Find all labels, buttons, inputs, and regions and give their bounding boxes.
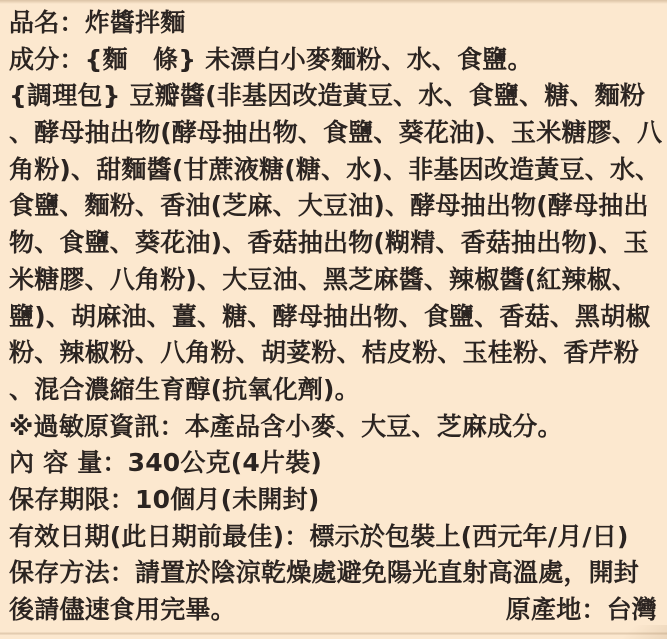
origin-label: 原產地：台灣 <box>506 592 659 629</box>
expiry-date-line: 有效日期(此日期前最佳)：標示於包裝上(西元年/月/日) <box>9 519 659 556</box>
storage-method-continued: 後請儘速食用完畢。 <box>9 592 236 629</box>
product-name-line: 品名：炸醬拌麵 <box>9 5 659 42</box>
ingredients-sauce-line: 物、食鹽、葵花油)、香菇抽出物(糊精、香菇抽出物)、玉 <box>9 225 659 262</box>
ingredients-sauce-line: 鹽)、胡麻油、薑、糖、酵母抽出物、食鹽、香菇、黑胡椒 <box>9 299 659 336</box>
allergen-info-line: ※過敏原資訊：本產品含小麥、大豆、芝麻成分。 <box>9 409 659 446</box>
ingredients-sauce-line: 角粉)、甜麵醬(甘蔗液糖(糖、水)、非基因改造黃豆、水、 <box>9 152 659 189</box>
footer-line: 後請儘速食用完畢。 原產地：台灣 <box>9 592 659 629</box>
product-ingredient-label: 品名：炸醬拌麵 成分：{麵 條} 未漂白小麥麵粉、水、食鹽。 {調理包} 豆瓣醬… <box>0 0 667 639</box>
ingredients-sauce-line: {調理包} 豆瓣醬(非基因改造黃豆、水、食鹽、糖、麵粉 <box>9 78 659 115</box>
storage-method-line: 保存方法：請置於陰涼乾燥處避免陽光直射高溫處，開封 <box>9 555 659 592</box>
ingredients-sauce-line: 、混合濃縮生育醇(抗氧化劑)。 <box>9 372 659 409</box>
ingredients-sauce-line: 食鹽、麵粉、香油(芝麻、大豆油)、酵母抽出物(酵母抽出 <box>9 188 659 225</box>
ingredients-sauce-line: 、酵母抽出物(酵母抽出物、食鹽、葵花油)、玉米糖膠、八 <box>9 115 659 152</box>
shelf-life-line: 保存期限：10個月(未開封) <box>9 482 659 519</box>
photo-top-edge-shadow <box>0 0 667 4</box>
photo-bottom-edge-shadow <box>0 632 667 635</box>
net-content-line: 內 容 量：340公克(4片裝) <box>9 445 659 482</box>
ingredients-sauce-line: 粉、辣椒粉、八角粉、胡荽粉、桔皮粉、玉桂粉、香芹粉 <box>9 335 659 372</box>
ingredients-sauce-line: 米糖膠、八角粉)、大豆油、黑芝麻醬、辣椒醬(紅辣椒、 <box>9 262 659 299</box>
ingredients-noodle-line: 成分：{麵 條} 未漂白小麥麵粉、水、食鹽。 <box>9 42 659 79</box>
label-text-block: 品名：炸醬拌麵 成分：{麵 條} 未漂白小麥麵粉、水、食鹽。 {調理包} 豆瓣醬… <box>9 5 659 629</box>
